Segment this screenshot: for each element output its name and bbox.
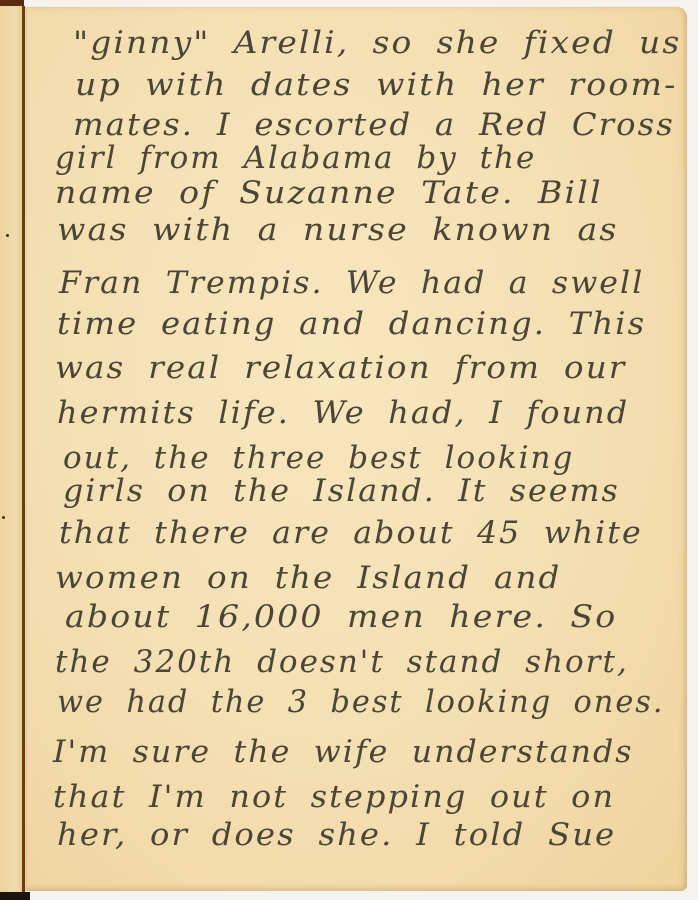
journal-page: "ginny" Arelli, so she fixed us up with … (25, 7, 687, 891)
handwritten-line: up with dates with her room- (75, 67, 677, 103)
handwritten-line: that I'm not stepping out on (53, 779, 615, 815)
margin-mark (2, 516, 5, 519)
handwritten-line: girl from Alabama by the (55, 140, 536, 176)
handwritten-line: out, the three best looking (63, 440, 574, 476)
scanned-journal-page: "ginny" Arelli, so she fixed us up with … (0, 0, 698, 900)
handwritten-line: her, or does she. I told Sue (57, 817, 616, 853)
handwritten-line: "ginny" Arelli, so she fixed us (73, 25, 681, 61)
handwritten-line: the 320th doesn't stand short, (55, 644, 629, 680)
handwritten-line: hermits life. We had, I found (57, 395, 629, 431)
handwritten-line: was with a nurse known as (57, 212, 619, 248)
scan-background-corner (0, 892, 30, 900)
handwritten-line: was real relaxation from our (55, 350, 626, 386)
handwritten-line: I'm sure the wife understands (53, 734, 634, 770)
margin-mark (6, 234, 9, 237)
handwritten-line: name of Suzanne Tate. Bill (55, 175, 603, 211)
facing-page-edge (0, 6, 22, 894)
handwritten-line: women on the Island and (55, 560, 561, 596)
handwritten-line: about 16,000 men here. So (65, 599, 617, 635)
handwritten-line: Fran Trempis. We had a swell (59, 265, 644, 301)
handwritten-line: time eating and dancing. This (57, 306, 646, 342)
handwritten-line: mates. I escorted a Red Cross (73, 107, 675, 143)
handwritten-line: that there are about 45 white (59, 515, 643, 551)
handwritten-line: girls on the Island. It seems (63, 473, 620, 509)
handwritten-line: we had the 3 best looking ones. (57, 684, 664, 720)
